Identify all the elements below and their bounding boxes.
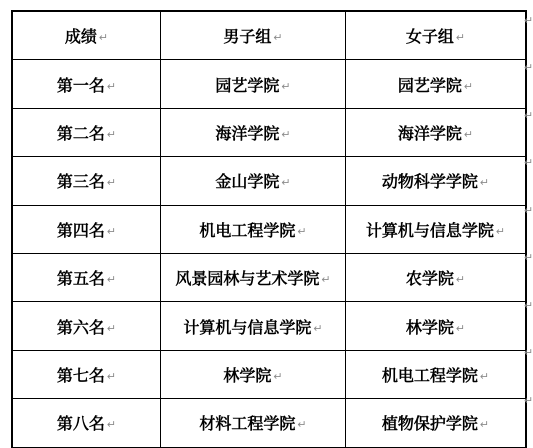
- paragraph-mark-icon: ↵: [107, 225, 116, 238]
- cell-text: 第三名: [57, 169, 105, 192]
- table-cell-women[interactable]: 机电工程学院↵: [346, 350, 527, 398]
- table-cell-men[interactable]: 园艺学院↵: [161, 60, 346, 108]
- cell-text: 第一名: [57, 73, 105, 96]
- table-cell-women[interactable]: 林学院↵: [346, 302, 527, 350]
- table-cell-rank[interactable]: 第一名↵: [12, 60, 161, 108]
- results-table: 成绩↵ 男子组↵ 女子组↵ 第一名↵ 园艺学院↵ 园艺学院↵ 第二名↵ 海洋学院…: [11, 10, 527, 448]
- table-cell-men[interactable]: 计算机与信息学院↵: [161, 302, 346, 350]
- paragraph-mark-icon: ↵: [107, 176, 116, 189]
- paragraph-mark-icon: ↵: [480, 418, 489, 431]
- paragraph-mark-icon: ↵: [107, 80, 116, 93]
- row-end-mark-icon: ↵: [524, 206, 533, 217]
- table-row: 第六名↵ 计算机与信息学院↵ 林学院↵: [12, 302, 526, 350]
- cell-text: 风景园林与艺术学院: [175, 266, 319, 289]
- paragraph-mark-icon: ↵: [496, 225, 505, 238]
- cell-text: 第七名: [57, 363, 105, 386]
- cell-text: 园艺学院: [215, 73, 279, 96]
- table-row: 第一名↵ 园艺学院↵ 园艺学院↵: [12, 60, 526, 108]
- paragraph-mark-icon: ↵: [297, 225, 306, 238]
- table-cell-women[interactable]: 海洋学院↵: [346, 108, 527, 156]
- cell-text: 海洋学院: [215, 121, 279, 144]
- header-text: 女子组: [406, 24, 454, 47]
- header-cell-result[interactable]: 成绩↵: [12, 11, 161, 60]
- paragraph-mark-icon: ↵: [99, 31, 108, 44]
- table-cell-women[interactable]: 植物保护学院↵: [346, 399, 527, 448]
- row-end-mark-icon: ↵: [524, 158, 533, 169]
- table-cell-men[interactable]: 金山学院↵: [161, 157, 346, 205]
- paragraph-mark-icon: ↵: [456, 322, 465, 335]
- paragraph-mark-icon: ↵: [107, 370, 116, 383]
- table-cell-rank[interactable]: 第三名↵: [12, 157, 161, 205]
- header-text: 成绩: [65, 24, 97, 47]
- table-cell-men[interactable]: 海洋学院↵: [161, 108, 346, 156]
- table-cell-rank[interactable]: 第八名↵: [12, 399, 161, 448]
- paragraph-mark-icon: ↵: [464, 128, 473, 141]
- cell-text: 机电工程学院: [199, 218, 295, 241]
- paragraph-mark-icon: ↵: [107, 273, 116, 286]
- row-end-mark-icon: ↵: [524, 111, 533, 122]
- header-cell-womens-group[interactable]: 女子组↵: [346, 11, 527, 60]
- paragraph-mark-icon: ↵: [480, 370, 489, 383]
- cell-text: 林学院: [406, 315, 454, 338]
- paragraph-mark-icon: ↵: [321, 273, 330, 286]
- paragraph-mark-icon: ↵: [480, 176, 489, 189]
- table-header-row: 成绩↵ 男子组↵ 女子组↵: [12, 11, 526, 60]
- row-end-mark-icon: ↵: [524, 16, 533, 27]
- cell-text: 金山学院: [215, 169, 279, 192]
- paragraph-mark-icon: ↵: [313, 322, 322, 335]
- table-cell-rank[interactable]: 第二名↵: [12, 108, 161, 156]
- row-end-mark-icon: ↵: [524, 301, 533, 312]
- table-cell-rank[interactable]: 第六名↵: [12, 302, 161, 350]
- row-end-mark-icon: ↵: [524, 63, 533, 74]
- paragraph-mark-icon: ↵: [464, 80, 473, 93]
- table-row: 第五名↵ 风景园林与艺术学院↵ 农学院↵: [12, 253, 526, 301]
- table-cell-women[interactable]: 园艺学院↵: [346, 60, 527, 108]
- cell-text: 植物保护学院: [382, 411, 478, 434]
- document-page: 成绩↵ 男子组↵ 女子组↵ 第一名↵ 园艺学院↵ 园艺学院↵ 第二名↵ 海洋学院…: [0, 0, 533, 448]
- cell-text: 林学院: [223, 363, 271, 386]
- paragraph-mark-icon: ↵: [281, 80, 290, 93]
- paragraph-mark-icon: ↵: [273, 370, 282, 383]
- cell-text: 动物科学学院: [382, 169, 478, 192]
- cell-text: 第四名: [57, 218, 105, 241]
- paragraph-mark-icon: ↵: [281, 128, 290, 141]
- paragraph-mark-icon: ↵: [273, 31, 282, 44]
- table-cell-men[interactable]: 林学院↵: [161, 350, 346, 398]
- table-cell-men[interactable]: 风景园林与艺术学院↵: [161, 253, 346, 301]
- paragraph-mark-icon: ↵: [456, 31, 465, 44]
- header-text: 男子组: [223, 24, 271, 47]
- table-cell-women[interactable]: 农学院↵: [346, 253, 527, 301]
- cell-text: 第五名: [57, 266, 105, 289]
- table-row: 第二名↵ 海洋学院↵ 海洋学院↵: [12, 108, 526, 156]
- table-cell-men[interactable]: 机电工程学院↵: [161, 205, 346, 253]
- paragraph-mark-icon: ↵: [456, 273, 465, 286]
- paragraph-mark-icon: ↵: [107, 418, 116, 431]
- cell-text: 园艺学院: [398, 73, 462, 96]
- cell-text: 计算机与信息学院: [183, 315, 311, 338]
- cell-text: 农学院: [406, 266, 454, 289]
- row-end-mark-icon: ↵: [524, 396, 533, 407]
- table-cell-rank[interactable]: 第七名↵: [12, 350, 161, 398]
- paragraph-mark-icon: ↵: [281, 176, 290, 189]
- cell-text: 机电工程学院: [382, 363, 478, 386]
- cell-text: 第二名: [57, 121, 105, 144]
- table-row: 第七名↵ 林学院↵ 机电工程学院↵: [12, 350, 526, 398]
- paragraph-mark-icon: ↵: [297, 418, 306, 431]
- table-row: 第八名↵ 材料工程学院↵ 植物保护学院↵: [12, 399, 526, 448]
- table-row: 第三名↵ 金山学院↵ 动物科学学院↵: [12, 157, 526, 205]
- table-cell-rank[interactable]: 第四名↵: [12, 205, 161, 253]
- cell-text: 计算机与信息学院: [366, 218, 494, 241]
- cell-text: 第六名: [57, 315, 105, 338]
- table-cell-rank[interactable]: 第五名↵: [12, 253, 161, 301]
- table-row: 第四名↵ 机电工程学院↵ 计算机与信息学院↵: [12, 205, 526, 253]
- cell-text: 第八名: [57, 411, 105, 434]
- paragraph-mark-icon: ↵: [107, 322, 116, 335]
- row-end-mark-icon: ↵: [524, 348, 533, 359]
- paragraph-mark-icon: ↵: [107, 128, 116, 141]
- row-end-mark-icon: ↵: [524, 253, 533, 264]
- table-cell-women[interactable]: 动物科学学院↵: [346, 157, 527, 205]
- cell-text: 海洋学院: [398, 121, 462, 144]
- table-cell-men[interactable]: 材料工程学院↵: [161, 399, 346, 448]
- table-cell-women[interactable]: 计算机与信息学院↵: [346, 205, 527, 253]
- cell-text: 材料工程学院: [199, 411, 295, 434]
- header-cell-mens-group[interactable]: 男子组↵: [161, 11, 346, 60]
